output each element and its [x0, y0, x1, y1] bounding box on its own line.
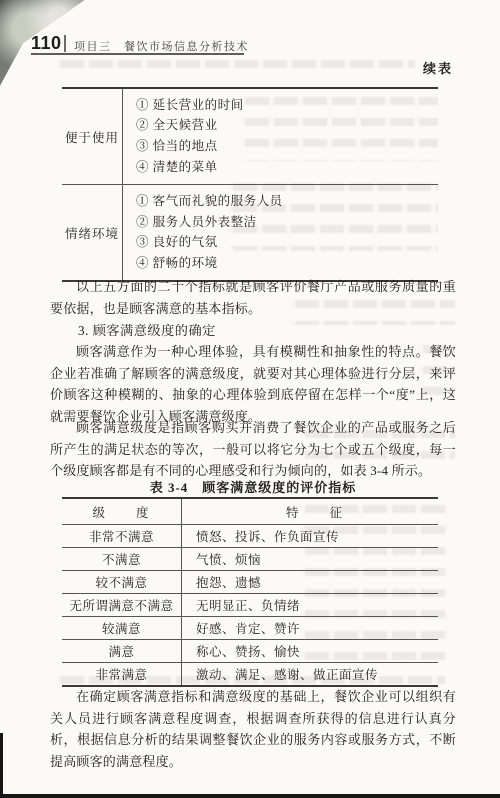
cell-level: 非常满意	[62, 663, 182, 687]
satisfaction-level-table: 级 度 特 征 非常不满意 愤怒、投诉、作负面宣传 不满意 气愤、烦恼 较不满意…	[62, 497, 438, 687]
table-row: 便于使用 ① 延长营业的时间 ② 全天候营业 ③ 恰当的地点 ④ 清楚的菜单	[62, 89, 438, 184]
chapter-title: 项目三 餐饮市场信息分析技术	[74, 38, 249, 54]
paragraph: 顾客满意级度是指顾客购买并消费了餐饮企业的产品或服务之后所产生的满足状态的等次，…	[50, 417, 456, 482]
bleed-through-texture	[55, 60, 415, 71]
table-row: 非常满意 激动、满足、感谢、做正面宣传	[62, 663, 438, 687]
table-row: 无所谓满意不满意 无明显正、负情绪	[62, 594, 438, 617]
attribute-table-continued: 便于使用 ① 延长营业的时间 ② 全天候营业 ③ 恰当的地点 ④ 清楚的菜单 情…	[62, 87, 438, 282]
cell-level: 不满意	[62, 548, 182, 571]
row-label: 情绪环境	[62, 185, 123, 280]
cell-level: 较不满意	[62, 571, 182, 594]
cell-level: 无所谓满意不满意	[62, 594, 182, 617]
header-level: 级 度	[62, 498, 182, 525]
cell-feature: 无明显正、负情绪	[182, 594, 439, 617]
section-heading: 3. 顾客满意级度的确定	[78, 320, 216, 339]
paragraph: 顾客满意作为一种心理体验，具有模糊性和抽象性的特点。餐饮企业若准确了解顾客的满意…	[50, 341, 456, 427]
paragraph: 在确定顾客满意指标和满意级度的基础上，餐饮企业可以组织有关人员进行顾客满意程度调…	[50, 686, 456, 772]
row-label: 便于使用	[62, 89, 123, 184]
scanned-book-page: { "header": { "page_number": "110", "cha…	[0, 0, 500, 798]
table-row: 满意 称心、赞扬、愉快	[62, 640, 438, 663]
cell-level: 满意	[62, 640, 182, 663]
header-feature: 特 征	[182, 498, 439, 525]
continued-table-label: 续表	[423, 58, 453, 77]
row-items: ① 延长营业的时间 ② 全天候营业 ③ 恰当的地点 ④ 清楚的菜单	[123, 89, 438, 184]
item-line: ② 服务人员外表整洁	[136, 212, 432, 233]
header-divider	[64, 35, 66, 52]
row-items: ① 客气而礼貌的服务人员 ② 服务人员外表整洁 ③ 良好的气氛 ④ 舒畅的环境	[123, 185, 438, 280]
cell-feature: 抱怨、遗憾	[182, 571, 439, 594]
paragraph: 以上五方面的二十个指标就是顾客评价餐厅产品或服务质量的重要依据，也是顾客满意的基…	[50, 276, 456, 319]
item-line: ① 客气而礼貌的服务人员	[136, 191, 432, 212]
page-edge-bottom	[0, 794, 500, 798]
item-line: ① 延长营业的时间	[136, 95, 432, 116]
table-caption: 表 3-4 顾客满意级度的评价指标	[50, 477, 456, 496]
cell-feature: 愤怒、投诉、作负面宣传	[182, 525, 439, 548]
cell-level: 较满意	[62, 617, 182, 640]
item-line: ③ 恰当的地点	[136, 137, 432, 158]
header-rule	[31, 53, 244, 55]
item-line: ④ 舒畅的环境	[136, 253, 432, 274]
table-row: 情绪环境 ① 客气而礼貌的服务人员 ② 服务人员外表整洁 ③ 良好的气氛 ④ 舒…	[62, 184, 438, 280]
page-number: 110	[31, 33, 62, 54]
item-line: ④ 清楚的菜单	[136, 157, 432, 178]
table-row: 较不满意 抱怨、遗憾	[62, 571, 438, 594]
table-row: 非常不满意 愤怒、投诉、作负面宣传	[62, 525, 438, 548]
cell-feature: 好感、肯定、赞许	[182, 617, 439, 640]
cell-feature: 称心、赞扬、愉快	[182, 640, 439, 663]
cell-level: 非常不满意	[62, 525, 182, 548]
table-row: 较满意 好感、肯定、赞许	[62, 617, 438, 640]
table-row: 不满意 气愤、烦恼	[62, 548, 438, 571]
cell-feature: 激动、满足、感谢、做正面宣传	[182, 663, 439, 687]
table-header-row: 级 度 特 征	[62, 498, 438, 525]
item-line: ③ 良好的气氛	[136, 233, 432, 254]
page-edge-left	[0, 733, 3, 798]
cell-feature: 气愤、烦恼	[182, 548, 439, 571]
item-line: ② 全天候营业	[136, 116, 432, 137]
